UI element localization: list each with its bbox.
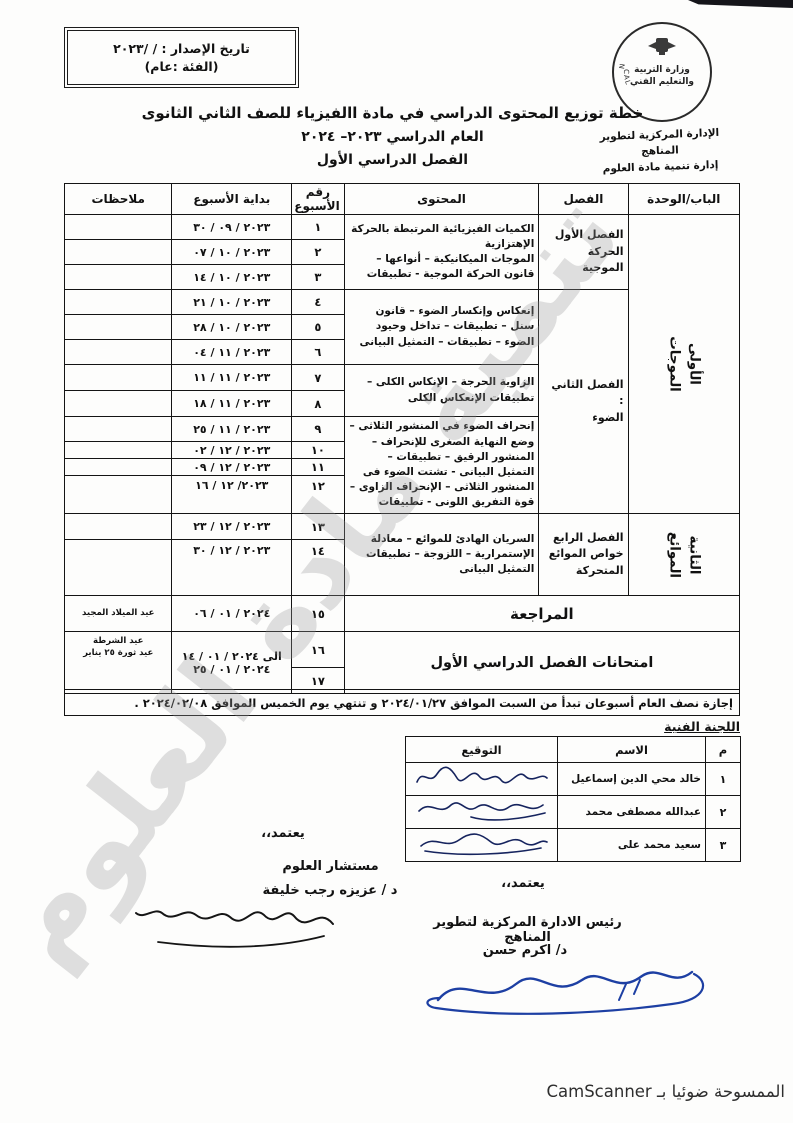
table-header-row: الباب/الوحدة الفصل المحتوى رقم الأسبوع ب… xyxy=(65,184,740,215)
signature-squiggle xyxy=(411,764,553,790)
member-name: عبدالله مصطفى محمد xyxy=(558,796,706,829)
academic-year-line: العام الدراسي ٢٠٢٣– ٢٠٢٤ xyxy=(140,129,645,145)
week-number: ٨ xyxy=(292,391,345,417)
week-start-date: ٢٠٢٣ / ١٢ / ٢٣ xyxy=(172,514,292,540)
note-cell xyxy=(65,340,172,365)
seal-ring-top-text: MINISTRY OF EDUCATION xyxy=(610,20,627,70)
date-text: ٢٠٢٣ / ١١ / ٠٤ xyxy=(193,346,270,359)
week-start-date: ٢٠٢٣ / ١٠ / ١٤ xyxy=(172,265,292,290)
week-start-date: ٢٠٢٣ / ١٠ / ٢٨ xyxy=(172,315,292,340)
director-handwritten-signature xyxy=(420,958,720,1024)
date-text: ٢٠٢٣ / ١٢ / ٠٩ xyxy=(193,461,270,474)
col-header-content: المحتوى xyxy=(344,184,539,215)
week-number: ١ xyxy=(292,215,345,240)
week-start-date: ٢٠٢٣ / ١١ / ١٨ xyxy=(172,391,292,417)
exam-period-dates: الى ٢٠٢٤ / ٠١ / ١٤ ٢٠٢٤ / ٠١ / ٢٥ xyxy=(172,632,292,694)
exams-row: امتحانات الفصل الدراسي الأول ١٦ الى ٢٠٢٤… xyxy=(65,632,740,668)
week-number: ٥ xyxy=(292,315,345,340)
committee-title-text: اللجنة الفنية xyxy=(664,719,740,734)
page-title: خطة توزيع المحتوى الدراسي في مادة االفيز… xyxy=(140,104,645,122)
content-cell-g5: السريان الهادئ للموائع – معادلة الإستمرا… xyxy=(344,514,539,596)
curriculum-distribution-table: الباب/الوحدة الفصل المحتوى رقم الأسبوع ب… xyxy=(64,183,740,694)
document-title-block: خطة توزيع المحتوى الدراسي في مادة االفيز… xyxy=(140,104,645,168)
date-text: ٢٠٢٣ / ١٢ / ٠٢ xyxy=(193,444,270,457)
note-cell xyxy=(65,540,172,596)
col-header-notes: ملاحظات xyxy=(65,184,172,215)
date-text: ٢٠٢٣ / ١٠ / ٠٧ xyxy=(193,246,270,259)
note-cell xyxy=(65,459,172,476)
week-number: ١٠ xyxy=(292,442,345,459)
content-cell-g4: إنحراف الضوء في المنشور الثلاثى – وضع ال… xyxy=(344,417,539,514)
week-number: ١٣ xyxy=(292,514,345,540)
member-name: سعيد محمد على xyxy=(558,829,706,862)
week-number: ٧ xyxy=(292,365,345,391)
col-header-chapter: الفصل xyxy=(539,184,628,215)
committee-col-signature: التوقيع xyxy=(406,737,558,763)
note-cell xyxy=(65,290,172,315)
week-start-date: ٢٠٢٤ / ٠١ / ٠٦ xyxy=(172,596,292,632)
table-row: الأولى الموجات الفصل الأول الحركة الموجي… xyxy=(65,215,740,240)
member-number: ٢ xyxy=(706,796,741,829)
svg-text:MINISTRY OF EDUCATION: MINISTRY OF EDUCATION xyxy=(610,20,627,70)
unit-label-waves: الأولى الموجات xyxy=(664,336,703,392)
week-number: ٢ xyxy=(292,240,345,265)
advisor-name: د / عزيزه رجب خليفة xyxy=(255,883,405,898)
week-start-date: ٢٠٢٣ / ١٢ / ٠٩ xyxy=(172,459,292,476)
date-text: ٢٠٢٣ / ١١ / ١١ xyxy=(193,371,270,384)
member-number: ١ xyxy=(706,763,741,796)
committee-title: اللجنة الفنية xyxy=(64,719,740,734)
week-start-date: ٢٠٢٣ / ١٠ / ٠٧ xyxy=(172,240,292,265)
week-start-date: ٢٠٢٣ / ١١ / ١١ xyxy=(172,365,292,391)
note-cell xyxy=(65,265,172,290)
week-number: ٣ xyxy=(292,265,345,290)
committee-header-row: م الاسم التوقيع xyxy=(406,737,741,763)
date-text: ٢٠٢٣ / ١٠ / ٢١ xyxy=(193,296,270,309)
date-text: ٢٠٢٣ / ١٠ / ١٤ xyxy=(193,271,270,284)
signature-squiggle xyxy=(411,797,553,823)
midyear-holiday-note: إجازة نصف العام أسبوعان تبدأ من السبت ال… xyxy=(64,689,740,716)
note-cell xyxy=(65,442,172,459)
advisor-role: مستشار العلوم xyxy=(268,859,393,874)
chapter-cell-1: الفصل الأول الحركة الموجية xyxy=(539,215,628,290)
committee-member-row: ٣ سعيد محمد على xyxy=(406,829,741,862)
note-cell xyxy=(65,315,172,340)
note-cell xyxy=(65,476,172,514)
member-name: خالد محي الدين إسماعيل xyxy=(558,763,706,796)
date-text: ٢٠٢٤ / ٠١ / ٠٦ xyxy=(193,607,270,620)
signature-squiggle xyxy=(411,830,553,856)
review-row: المراجعة ١٥ ٢٠٢٤ / ٠١ / ٠٦ عيد الميلاد ا… xyxy=(65,596,740,632)
week-start-date: ٢٠٢٣ / ١١ / ٢٥ xyxy=(172,417,292,442)
note-cell xyxy=(65,514,172,540)
committee-member-row: ١ خالد محي الدين إسماعيل xyxy=(406,763,741,796)
issue-date-box-inner: تاريخ الإصدار : / /٢٠٢٣ (الفئة :عام) xyxy=(67,30,296,85)
scan-corner-artifact xyxy=(688,0,793,8)
week-number: ٤ xyxy=(292,290,345,315)
note-cell xyxy=(65,215,172,240)
committee-table: م الاسم التوقيع ١ خالد محي الدين إسماعيل… xyxy=(405,736,741,862)
issue-date-box: تاريخ الإصدار : / /٢٠٢٣ (الفئة :عام) xyxy=(64,27,299,88)
date-text: ٢٠٢٣ / ١٢ / ٢٣ xyxy=(193,520,270,533)
note-cell xyxy=(65,240,172,265)
week-number: ١٦ xyxy=(292,632,345,668)
col-header-unit: الباب/الوحدة xyxy=(628,184,739,215)
member-number: ٣ xyxy=(706,829,741,862)
unit-cell-fluids: الثانية الموائع xyxy=(628,514,739,596)
director-role: رئيس الادارة المركزية لتطوير المناهج xyxy=(420,915,635,945)
issue-date-line: تاريخ الإصدار : / /٢٠٢٣ xyxy=(113,41,250,56)
date-text: ٢٠٢٣ / ١١ / ٢٥ xyxy=(193,423,270,436)
week-start-date: ٢٠٢٣ / ١٢ / ٠٢ xyxy=(172,442,292,459)
week-number: ١٢ xyxy=(292,476,345,514)
member-signature xyxy=(406,763,558,796)
content-cell-g2: إنعكاس وإنكسار الضوء – قانون سنل – تطبيق… xyxy=(344,290,539,365)
approve-word-left: يعتمد،، xyxy=(228,826,338,841)
unit-cell-waves: الأولى الموجات xyxy=(628,215,739,514)
committee-col-name: الاسم xyxy=(558,737,706,763)
week-number: ٩ xyxy=(292,417,345,442)
week-start-date: ٢٠٢٣ / ١٠ / ٢١ xyxy=(172,290,292,315)
week-start-date: ٢٠٢٣ / ١٢ / ٣٠ xyxy=(172,540,292,596)
date-text-line1: الى ٢٠٢٤ / ٠١ / ١٤ xyxy=(176,650,287,663)
note-cell xyxy=(65,365,172,391)
content-cell-g3: الزاوية الحرجة – الإنكاس الكلى – تطبيقات… xyxy=(344,365,539,417)
col-header-week-start: بداية الأسبوع xyxy=(172,184,292,215)
week-number: ١١ xyxy=(292,459,345,476)
date-text: ٢٠٢٣ / ١٠ / ٢٨ xyxy=(193,321,270,334)
week-start-date: ٢٠٢٣/ ١٢ / ١٦ xyxy=(172,476,292,514)
committee-member-row: ٢ عبدالله مصطفى محمد xyxy=(406,796,741,829)
director-name: د/ اكرم حسن xyxy=(470,943,580,958)
advisor-handwritten-signature xyxy=(128,900,343,958)
content-cell-g1: الكميات الفيزيائية المرتبطة بالحركة الإه… xyxy=(344,215,539,290)
week-start-date: ٢٠٢٣ / ٠٩ / ٣٠ xyxy=(172,215,292,240)
eagle-emblem-icon xyxy=(648,38,676,55)
date-text: ٢٠٢٣ / ١١ / ١٨ xyxy=(193,397,270,410)
date-text-line2: ٢٠٢٤ / ٠١ / ٢٥ xyxy=(176,663,287,676)
approve-word-right: يعتمد،، xyxy=(468,876,578,891)
table-row: الثانية الموائع الفصل الرابع خواص الموائ… xyxy=(65,514,740,540)
date-text: ٢٠٢٣ / ٠٩ / ٣٠ xyxy=(193,221,270,234)
scanned-document-page: تنمية مادة العلوم تاريخ الإصدار : / /٢٠٢… xyxy=(0,0,793,1123)
note-cell: عيد الشرطة عيد ثورة ٢٥ يناير xyxy=(65,632,172,694)
seal-center-line2: والتعليم الفني xyxy=(630,77,694,87)
week-number: ١٥ xyxy=(292,596,345,632)
member-signature xyxy=(406,829,558,862)
week-number: ١٤ xyxy=(292,540,345,596)
exams-label: امتحانات الفصل الدراسي الأول xyxy=(344,632,739,694)
camscanner-credit: الممسوحة ضوئيا بـ CamScanner xyxy=(547,1082,786,1101)
chapter-cell-4: الفصل الرابع خواص الموائع المتحركة xyxy=(539,514,628,596)
week-number: ٦ xyxy=(292,340,345,365)
semester-line: الفصل الدراسي الأول xyxy=(140,152,645,168)
category-line: (الفئة :عام) xyxy=(145,59,219,74)
week-start-date: ٢٠٢٣ / ١١ / ٠٤ xyxy=(172,340,292,365)
member-signature xyxy=(406,796,558,829)
date-text: ٢٠٢٣/ ١٢ / ١٦ xyxy=(195,479,268,492)
col-header-week-no: رقم الأسبوع xyxy=(292,184,345,215)
date-text: ٢٠٢٣ / ١٢ / ٣٠ xyxy=(193,544,270,557)
committee-col-no: م xyxy=(706,737,741,763)
note-cell xyxy=(65,417,172,442)
chapter-cell-2: الفصل الثاني : الضوء xyxy=(539,290,628,514)
review-label: المراجعة xyxy=(344,596,739,632)
note-cell: عيد الميلاد المجيد xyxy=(65,596,172,632)
seal-center-line1: وزارة التربية xyxy=(634,65,690,75)
unit-label-fluids: الثانية الموائع xyxy=(664,531,703,577)
note-cell xyxy=(65,391,172,417)
